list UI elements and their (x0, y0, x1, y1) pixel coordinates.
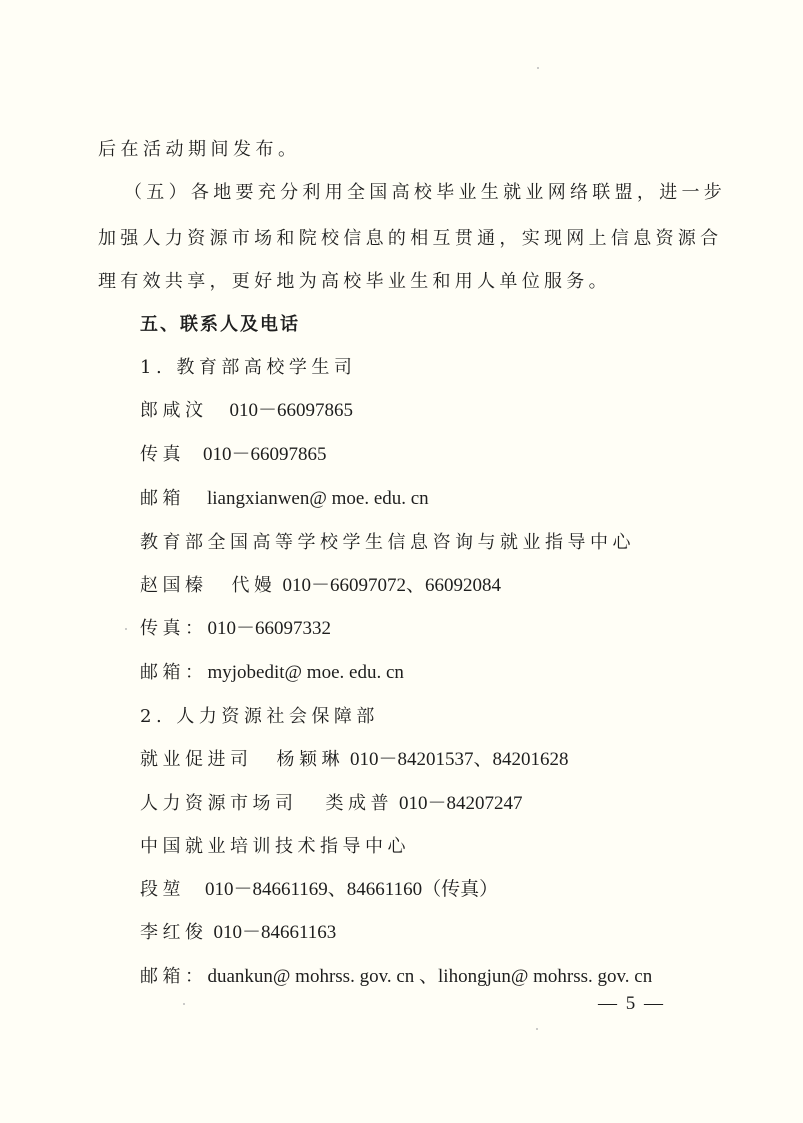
contact-name: 段堃 (140, 879, 185, 900)
paragraph-5-line-1: （五）各地要充分利用全国高校毕业生就业网络联盟，进一步 (124, 181, 726, 205)
moe-contact-row: 郎咸汶010－66097865 (140, 399, 353, 423)
contact-name: 郎咸汶 (140, 400, 208, 421)
contact-phone: 010－66097072、66092084 (283, 575, 502, 596)
scan-speck (537, 67, 539, 69)
contact-name: 类成普 (326, 793, 394, 814)
fax-number: 010－66097332 (208, 618, 332, 639)
dept-name: 人力资源市场司 (140, 793, 298, 814)
employment-dept-row: 就业促进司杨颖琳010－84201537、84201628 (140, 748, 569, 772)
email-link[interactable]: liangxianwen@ moe. edu. cn (207, 488, 429, 509)
page-number: — 5 — (598, 993, 665, 1015)
email-links[interactable]: duankun@ mohrss. gov. cn 、lihongjun@ moh… (208, 966, 653, 987)
contact-name: 李红俊 (140, 922, 208, 943)
email-label: 邮箱： (140, 662, 208, 683)
moe-center-fax-row: 传真：010－66097332 (140, 617, 331, 641)
fax-number: 010－66097865 (203, 444, 327, 465)
section-heading: 五、联系人及电话 (140, 313, 300, 337)
contact-name: 代嫚 (232, 575, 277, 596)
scan-speck (536, 1028, 538, 1030)
mohrss-title: 2. 人力资源社会保障部 (140, 705, 379, 729)
email-label: 邮箱： (140, 966, 208, 987)
email-link[interactable]: myjobedit@ moe. edu. cn (208, 662, 404, 683)
contact-name: 赵国榛 (140, 575, 208, 596)
contact-name: 杨颖琳 (277, 749, 345, 770)
moe-center-email-row: 邮箱：myjobedit@ moe. edu. cn (140, 661, 404, 685)
scan-speck (125, 628, 127, 630)
moe-dept-title: 1. 教育部高校学生司 (140, 356, 356, 380)
contact-phone: 010－84201537、84201628 (350, 749, 569, 770)
training-center-title: 中国就业培训技术指导中心 (140, 835, 410, 859)
contact-phone: 010－84661169、84661160（传真） (205, 879, 498, 900)
contact-phone: 010－84207247 (399, 793, 523, 814)
contact-phone: 010－66097865 (230, 400, 354, 421)
paragraph-5-line-3: 理有效共享，更好地为高校毕业生和用人单位服务。 (98, 270, 611, 294)
moe-email-row: 邮箱liangxianwen@ moe. edu. cn (140, 487, 429, 511)
hr-market-dept-row: 人力资源市场司类成普010－84207247 (140, 792, 523, 816)
training-contact-1-row: 段堃010－84661169、84661160（传真） (140, 878, 498, 902)
contact-phone: 010－84661163 (214, 922, 337, 943)
training-contact-2-row: 李红俊010－84661163 (140, 921, 336, 945)
email-label: 邮箱 (140, 488, 185, 509)
paragraph-5-line-2: 加强人力资源市场和院校信息的相互贯通，实现网上信息资源合 (98, 227, 722, 251)
training-email-row: 邮箱：duankun@ mohrss. gov. cn 、lihongjun@ … (140, 965, 652, 989)
fax-label: 传真 (140, 444, 185, 465)
moe-center-title: 教育部全国高等学校学生信息咨询与就业指导中心 (140, 531, 635, 555)
moe-fax-row: 传真010－66097865 (140, 443, 327, 467)
fax-label: 传真： (140, 618, 208, 639)
moe-center-contact-row: 赵国榛代嫚010－66097072、66092084 (140, 574, 501, 598)
scan-speck (183, 1003, 185, 1005)
dept-name: 就业促进司 (140, 749, 253, 770)
paragraph-end-line: 后在活动期间发布。 (98, 138, 301, 162)
